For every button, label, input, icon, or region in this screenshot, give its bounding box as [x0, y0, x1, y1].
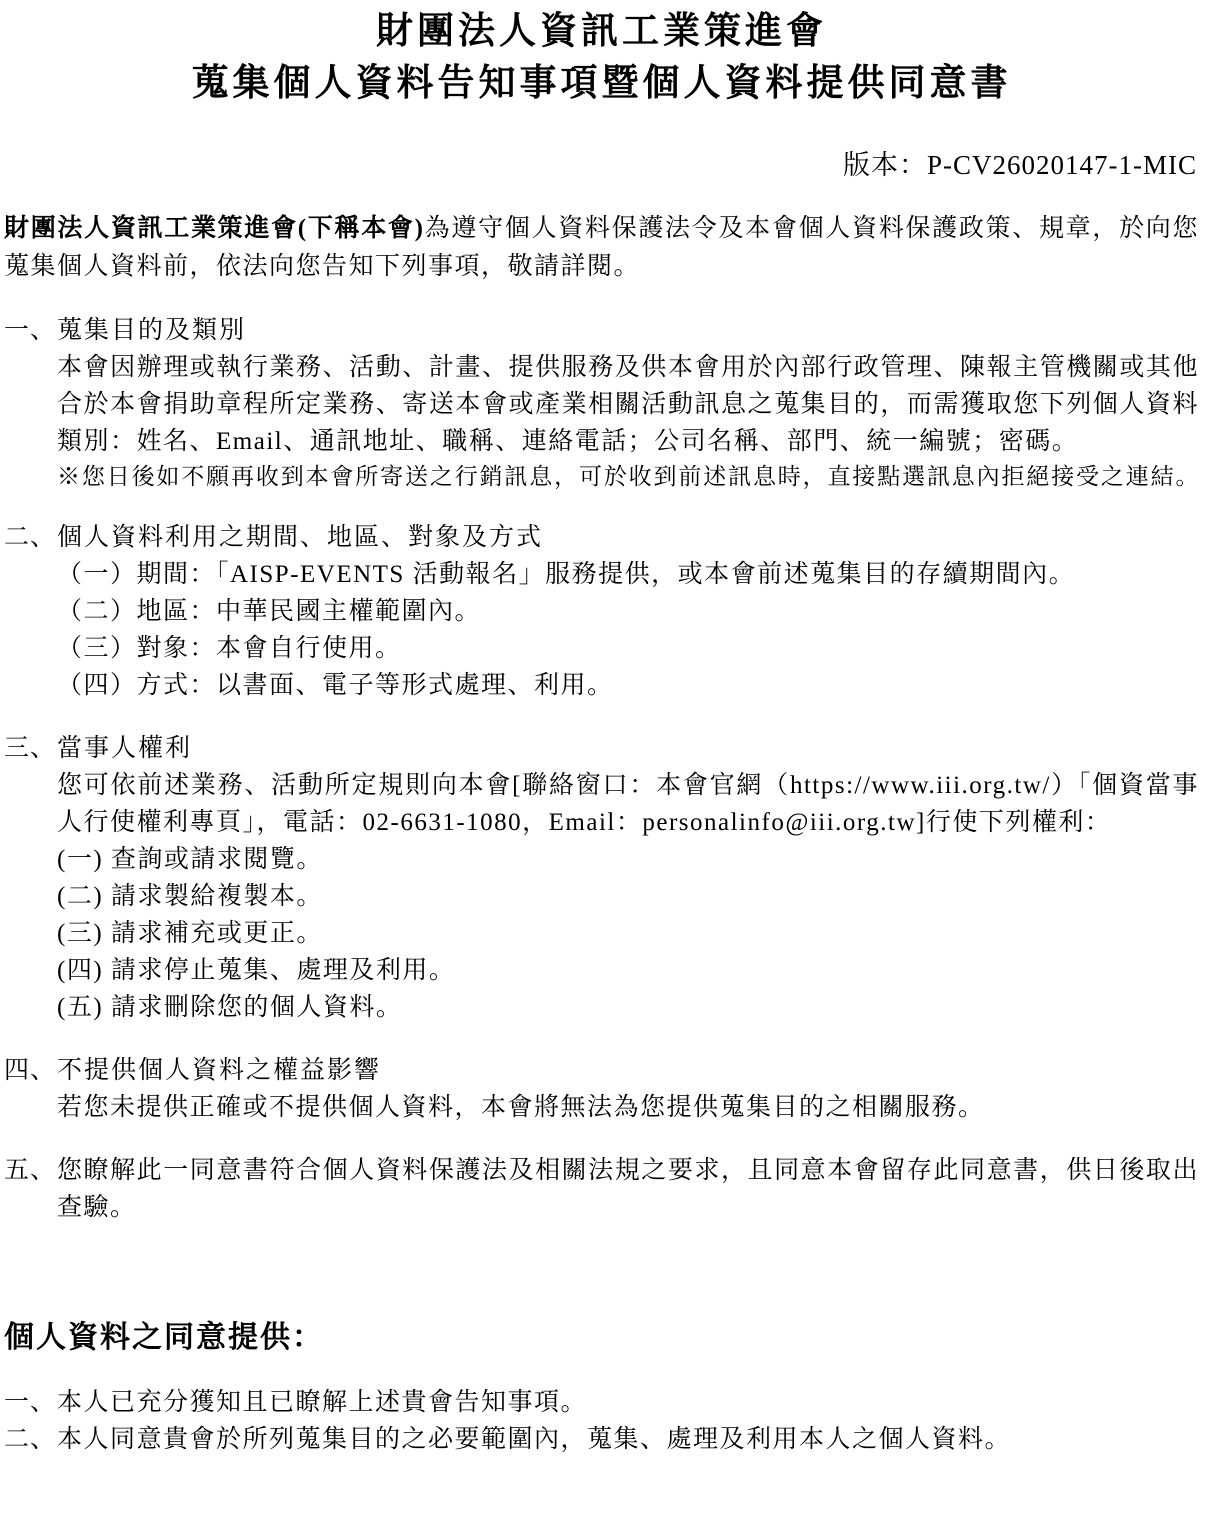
document-title-line1: 財團法人資訊工業策進會 [4, 6, 1199, 58]
section-non-provision-impact: 四、 不提供個人資料之權益影響 若您未提供正確或不提供個人資料，本會將無法為您提… [4, 1052, 1199, 1126]
intro-bold-lead: 財團法人資訊工業策進會(下稱本會) [4, 215, 424, 242]
sub-item-period: （一）期間：「AISP-EVENTS 活動報名」服務提供，或本會前述蒐集目的存續… [57, 556, 1199, 593]
rights-contact-paragraph: 您可依前述業務、活動所定規則向本會[聯絡窗口：本會官網（https://www.… [57, 767, 1199, 841]
right-item-inquiry: (一) 查詢或請求閱覽。 [57, 841, 1199, 878]
section-heading: 蒐集目的及類別 [57, 312, 1199, 349]
consent-item-number: 一、 [4, 1384, 57, 1421]
consent-item-number: 二、 [4, 1421, 57, 1458]
document-page: 財團法人資訊工業策進會 蒐集個人資料告知事項暨個人資料提供同意書 版本：P-CV… [0, 0, 1205, 1537]
section-number: 五、 [4, 1152, 57, 1189]
marketing-opt-out-note: ※您日後如不願再收到本會所寄送之行銷訊息，可於收到前述訊息時，直接點選訊息內拒絕… [57, 460, 1199, 493]
sub-item-target: （三）對象：本會自行使用。 [57, 630, 1199, 667]
section-heading: 個人資料利用之期間、地區、對象及方式 [57, 519, 1199, 556]
section-number: 一、 [4, 312, 57, 349]
intro-paragraph: 財團法人資訊工業策進會(下稱本會)為遵守個人資料保護法令及本會個人資料保護政策、… [4, 210, 1199, 286]
consent-statement-1: 一、 本人已充分獲知且已瞭解上述貴會告知事項。 [4, 1384, 1199, 1421]
consent-item-text: 本人已充分獲知且已瞭解上述貴會告知事項。 [57, 1384, 1199, 1421]
section-number: 三、 [4, 730, 57, 767]
consent-item-text: 本人同意貴會於所列蒐集目的之必要範圍內，蒐集、處理及利用本人之個人資料。 [57, 1421, 1199, 1458]
section-body: 本會因辦理或執行業務、活動、計畫、提供服務及供本會用於內部行政管理、陳報主管機關… [57, 349, 1199, 460]
version-label: 版本：P-CV26020147-1-MIC [4, 146, 1199, 184]
section-body: 若您未提供正確或不提供個人資料，本會將無法為您提供蒐集目的之相關服務。 [57, 1089, 1199, 1126]
section-data-subject-rights: 三、 當事人權利 您可依前述業務、活動所定規則向本會[聯絡窗口：本會官網（htt… [4, 730, 1199, 1026]
sub-item-region: （二）地區：中華民國主權範圍內。 [57, 593, 1199, 630]
section-usage-scope: 二、 個人資料利用之期間、地區、對象及方式 （一）期間：「AISP-EVENTS… [4, 519, 1199, 704]
section-body: 您瞭解此一同意書符合個人資料保護法及相關法規之要求，且同意本會留存此同意書，供日… [57, 1152, 1199, 1226]
sub-item-method: （四）方式：以書面、電子等形式處理、利用。 [57, 667, 1199, 704]
document-title-line2: 蒐集個人資料告知事項暨個人資料提供同意書 [4, 58, 1199, 110]
right-item-stop-processing: (四) 請求停止蒐集、處理及利用。 [57, 952, 1199, 989]
consent-section-heading: 個人資料之同意提供： [4, 1318, 1199, 1358]
section-heading: 當事人權利 [57, 730, 1199, 767]
right-item-deletion: (五) 請求刪除您的個人資料。 [57, 989, 1199, 1026]
section-number: 四、 [4, 1052, 57, 1089]
section-number: 二、 [4, 519, 57, 556]
section-collection-purpose: 一、 蒐集目的及類別 本會因辦理或執行業務、活動、計畫、提供服務及供本會用於內部… [4, 312, 1199, 493]
consent-statements: 一、 本人已充分獲知且已瞭解上述貴會告知事項。 二、 本人同意貴會於所列蒐集目的… [4, 1384, 1199, 1458]
section-consent-retention: 五、 您瞭解此一同意書符合個人資料保護法及相關法規之要求，且同意本會留存此同意書… [4, 1152, 1199, 1226]
right-item-copy: (二) 請求製給複製本。 [57, 878, 1199, 915]
section-heading: 不提供個人資料之權益影響 [57, 1052, 1199, 1089]
right-item-correction: (三) 請求補充或更正。 [57, 915, 1199, 952]
consent-statement-2: 二、 本人同意貴會於所列蒐集目的之必要範圍內，蒐集、處理及利用本人之個人資料。 [4, 1421, 1199, 1458]
